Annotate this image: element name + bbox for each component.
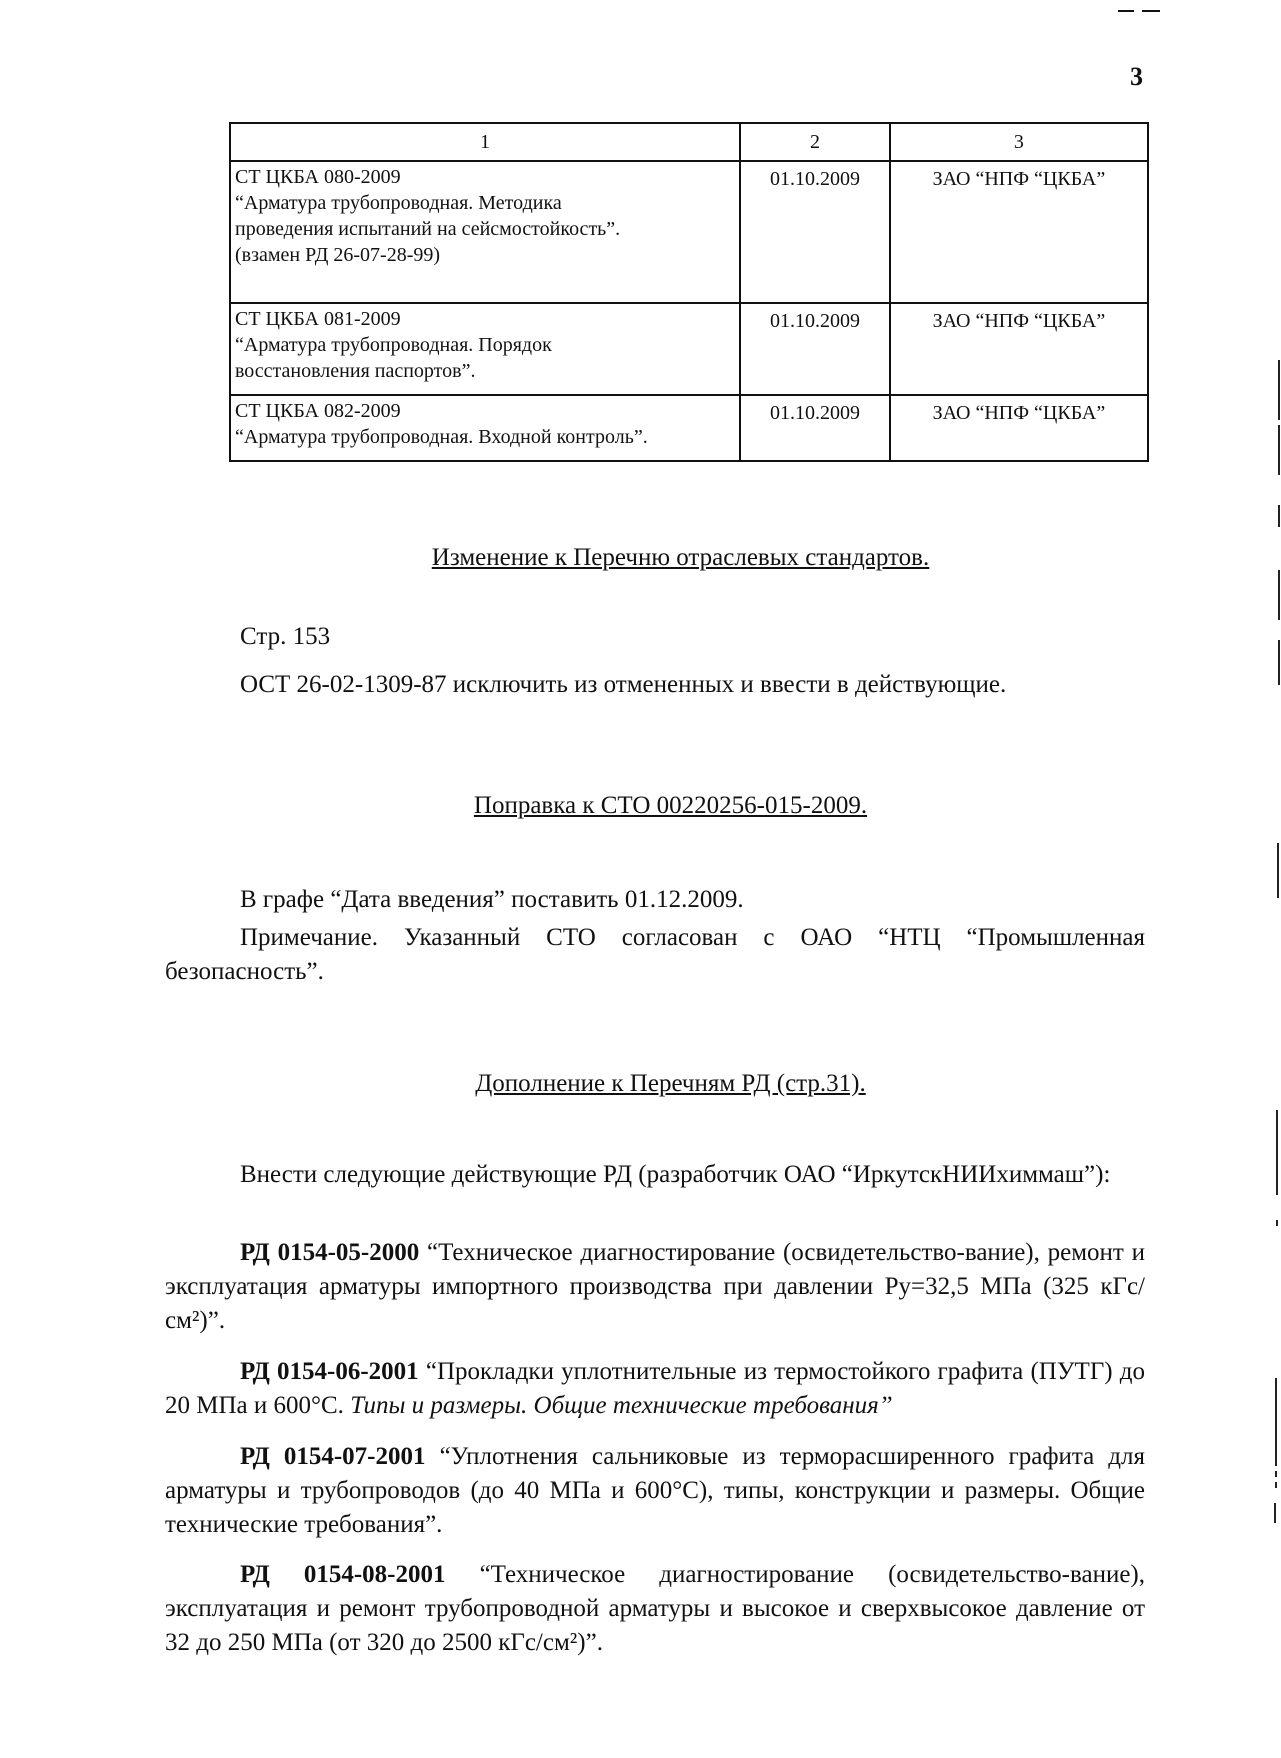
scan-mark	[1275, 1471, 1277, 1477]
scan-mark	[1274, 1503, 1276, 1523]
rd-code: РД 0154-06-2001	[240, 1358, 419, 1385]
rd-item: РД 0154-08-2001 “Техническое диагностиро…	[165, 1558, 1145, 1660]
table-header-row: 1 2 3	[230, 123, 1148, 161]
standard-designation: СТ ЦКБА 082-2009	[235, 398, 735, 424]
standard-cell: СТ ЦКБА 081-2009 “Арматура трубопроводна…	[230, 303, 740, 395]
standard-cell: СТ ЦКБА 080-2009 “Арматура трубопроводна…	[230, 161, 740, 303]
page-reference: Стр. 153	[240, 620, 330, 654]
developer-cell: ЗАО “НПФ “ЦКБА”	[890, 303, 1148, 395]
approval-note: Примечание. Указанный СТО согласован с О…	[165, 921, 1145, 989]
section-heading-rd-additions: Дополнение к Перечням РД (стр.31).	[30, 1070, 1281, 1098]
section-heading-industry-standards: Изменение к Перечню отраслевых стандарто…	[40, 544, 1281, 572]
rd-intro: Внести следующие действующие РД (разрабо…	[165, 1158, 1145, 1192]
developer-cell: ЗАО “НПФ “ЦКБА”	[890, 161, 1148, 303]
scan-mark	[1278, 570, 1280, 620]
column-header: 2	[740, 123, 890, 161]
rd-item: РД 0154-05-2000 “Техническое диагностиро…	[165, 1236, 1145, 1338]
standard-title-line: (взамен РД 26-07-28-99)	[235, 242, 735, 268]
scan-mark	[1118, 10, 1134, 12]
standard-designation: СТ ЦКБА 081-2009	[235, 306, 735, 332]
table-row: СТ ЦКБА 082-2009 “Арматура трубопроводна…	[230, 395, 1148, 461]
rd-intro-text: Внести следующие действующие РД (разрабо…	[240, 1161, 1110, 1188]
scan-mark	[1278, 640, 1280, 685]
approval-note-text: Примечание. Указанный СТО согласован с О…	[165, 924, 1145, 985]
scan-mark	[1275, 1482, 1277, 1488]
standard-title-line: “Арматура трубопроводная. Порядок	[235, 332, 735, 358]
column-header: 3	[890, 123, 1148, 161]
scan-mark	[1278, 505, 1280, 527]
scan-mark	[1277, 843, 1279, 898]
page-number: 3	[1130, 62, 1143, 92]
standard-title-line: восстановления паспортов”.	[235, 358, 735, 384]
scan-mark	[1276, 1110, 1278, 1195]
date-cell: 01.10.2009	[740, 303, 890, 395]
section-heading-sto-correction: Поправка к СТО 00220256-015-2009.	[30, 792, 1281, 820]
rd-title-italic: Типы и размеры. Общие технические требов…	[350, 1392, 893, 1419]
developer-cell: ЗАО “НПФ “ЦКБА”	[890, 395, 1148, 461]
date-cell: 01.10.2009	[740, 395, 890, 461]
ost-change-text: ОСТ 26-02-1309-87 исключить из отмененны…	[240, 668, 1006, 702]
scan-mark	[1278, 360, 1280, 420]
standard-title-line: “Арматура трубопроводная. Методика	[235, 190, 735, 216]
standard-title-line: “Арматура трубопроводная. Входной контро…	[235, 424, 735, 450]
date-correction-text: В графе “Дата введения” поставить 01.12.…	[240, 883, 744, 917]
rd-code: РД 0154-08-2001	[240, 1561, 446, 1588]
rd-code: РД 0154-05-2000	[240, 1239, 419, 1266]
rd-code: РД 0154-07-2001	[240, 1443, 426, 1470]
scan-mark	[1278, 425, 1280, 475]
column-header: 1	[230, 123, 740, 161]
date-cell: 01.10.2009	[740, 161, 890, 303]
table-row: СТ ЦКБА 081-2009 “Арматура трубопроводна…	[230, 303, 1148, 395]
standard-title-line: проведения испытаний на сейсмостойкость”…	[235, 216, 735, 242]
rd-item: РД 0154-07-2001 “Уплотнения сальниковые …	[165, 1440, 1145, 1542]
standard-cell: СТ ЦКБА 082-2009 “Арматура трубопроводна…	[230, 395, 740, 461]
scan-mark	[1276, 1220, 1278, 1226]
standards-table: 1 2 3 СТ ЦКБА 080-2009 “Арматура трубопр…	[229, 122, 1149, 462]
scan-mark	[1142, 10, 1160, 12]
scan-mark	[1275, 1378, 1277, 1466]
standard-designation: СТ ЦКБА 080-2009	[235, 164, 735, 190]
rd-item: РД 0154-06-2001 “Прокладки уплотнительны…	[165, 1355, 1145, 1423]
table-row: СТ ЦКБА 080-2009 “Арматура трубопроводна…	[230, 161, 1148, 303]
